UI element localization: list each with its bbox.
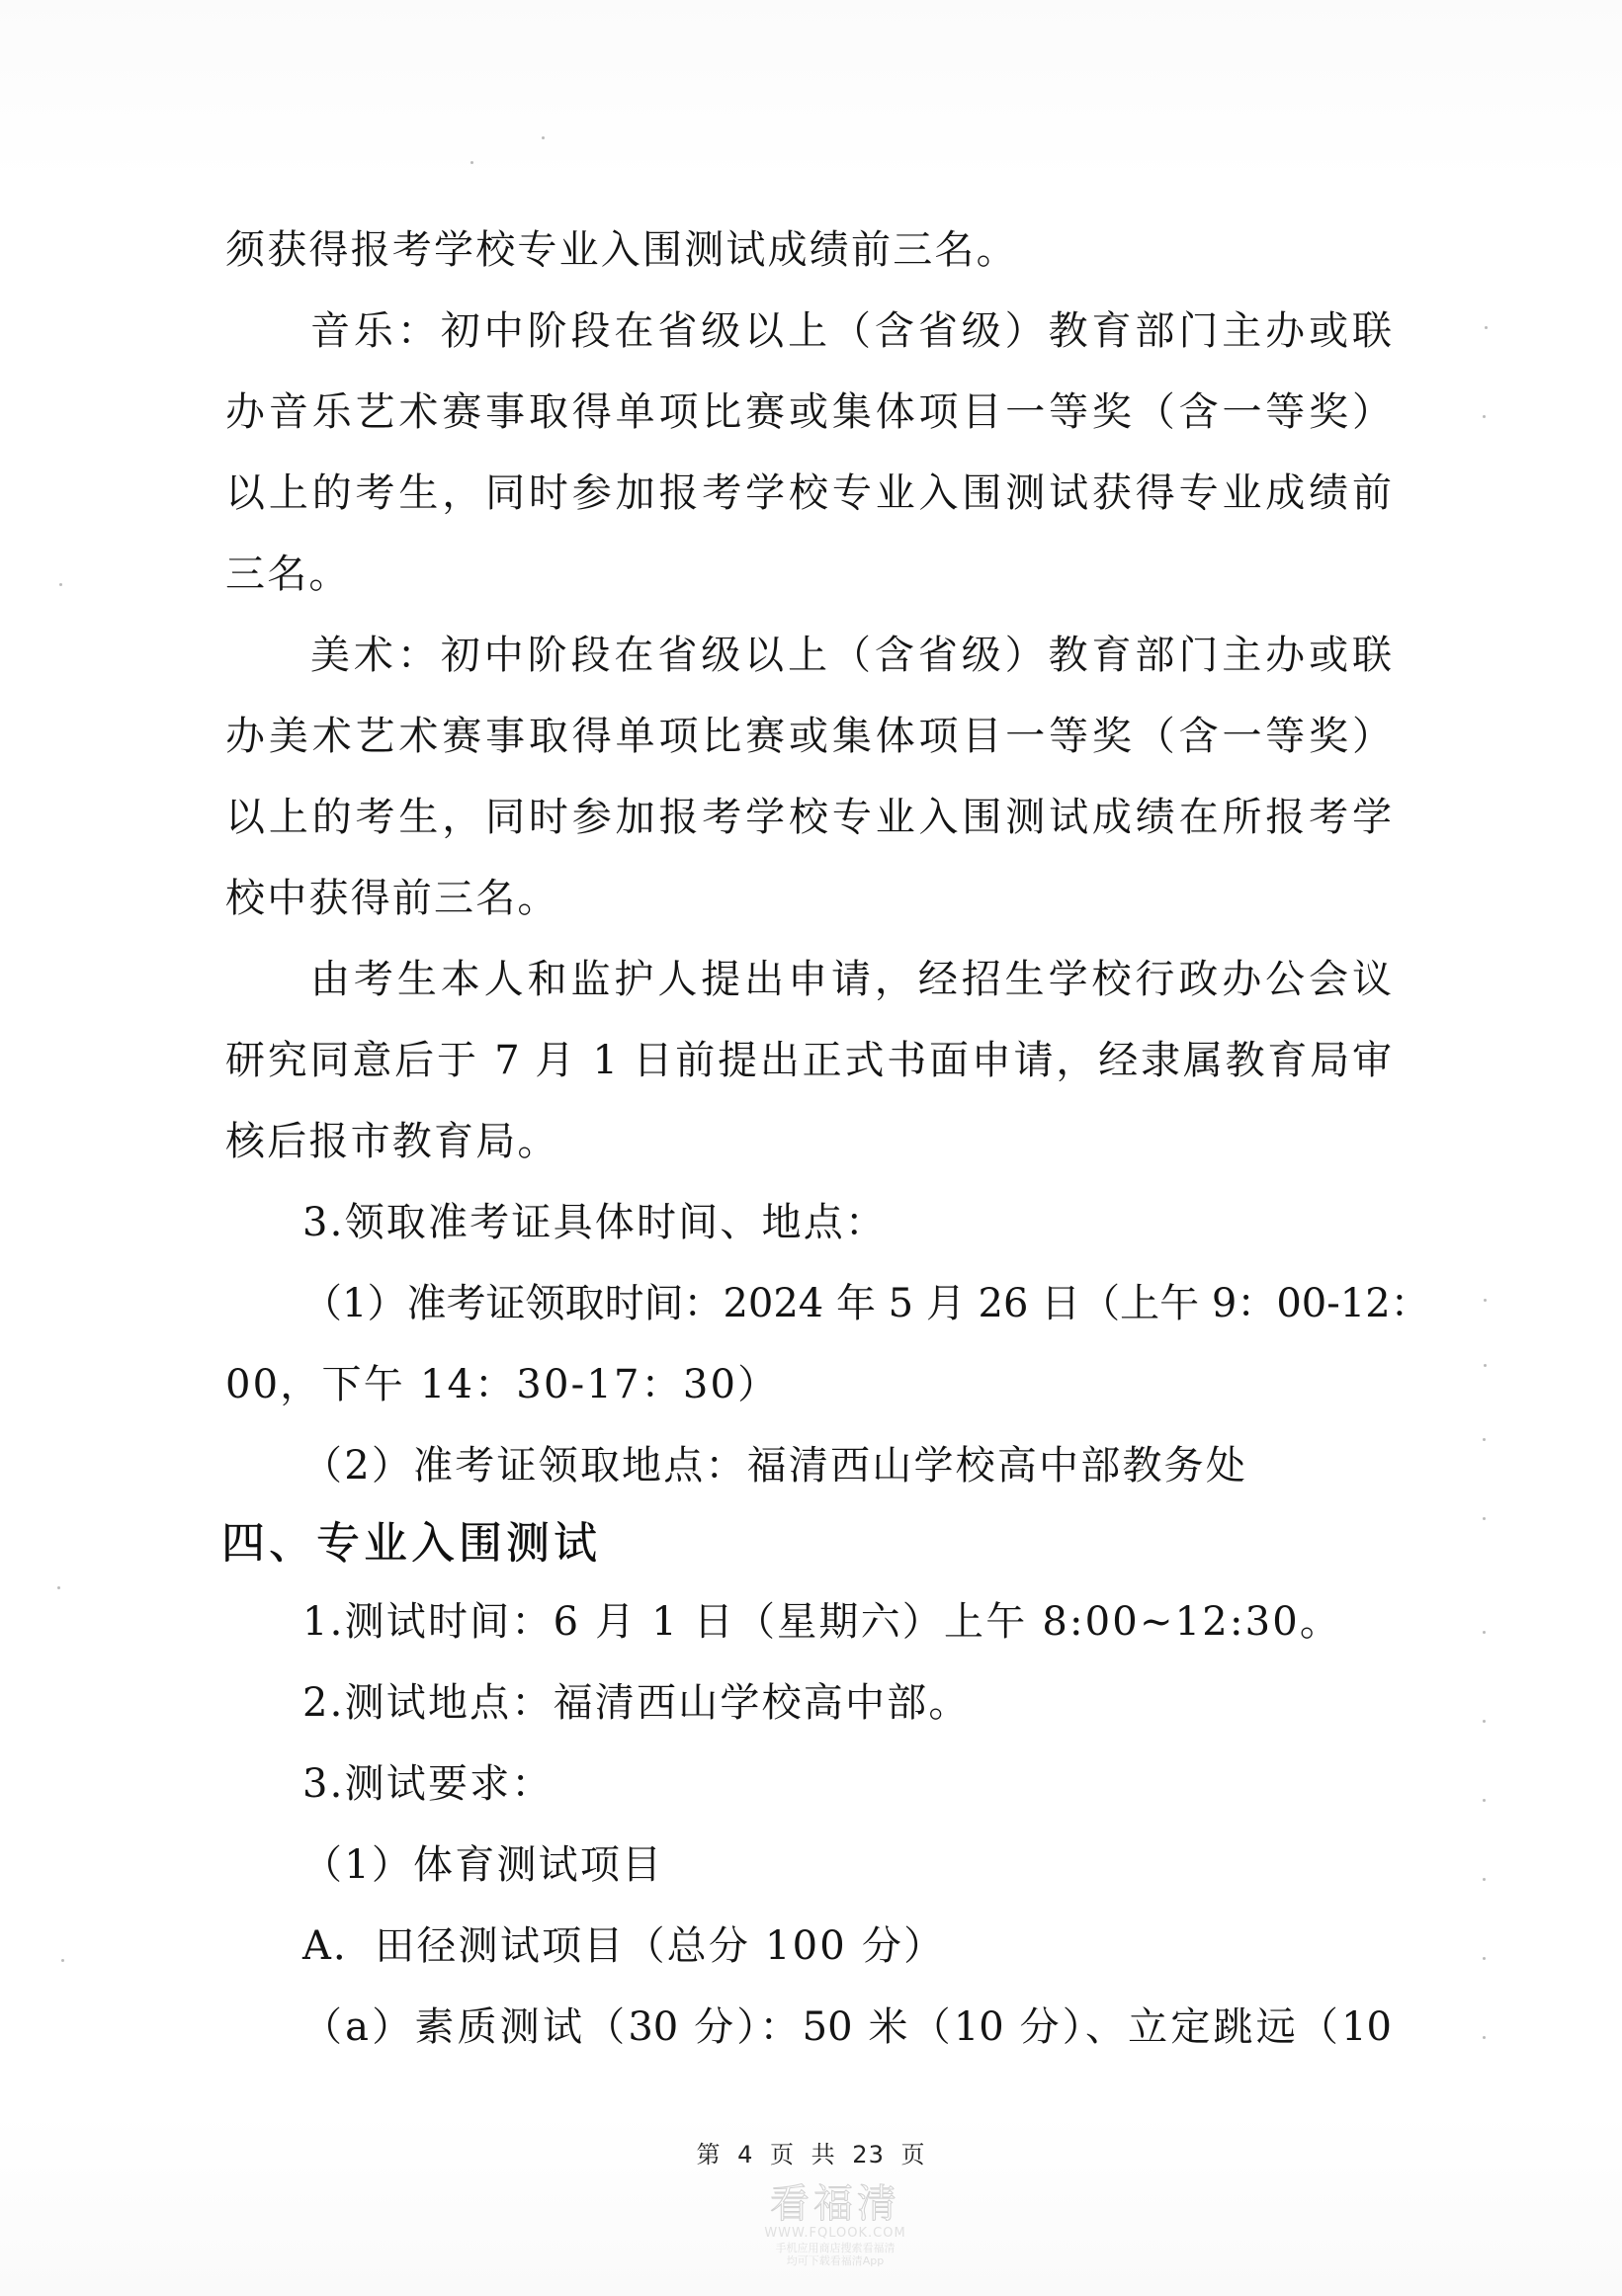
test-location: 2.测试地点：福清西山学校高中部。 (225, 1662, 1392, 1743)
test-requirements: 3.测试要求： (225, 1743, 1392, 1825)
paragraph-line-art: 美术：初中阶段在省级以上（含省级）教育部门主办或联 (225, 615, 1392, 696)
paragraph-line-application: 由考生本人和监护人提出申请，经招生学校行政办公会议 (225, 939, 1392, 1020)
paragraph-line: 校中获得前三名。 (225, 858, 1392, 939)
watermark-logo: 看福清 (731, 2182, 939, 2226)
scan-speck (1484, 1299, 1487, 1302)
paragraph-line: 研究同意后于 7 月 1 日前提出正式书面申请，经隶属教育局审 (225, 1020, 1392, 1101)
scan-speck (1485, 326, 1488, 329)
scan-speck (542, 136, 545, 139)
paragraph-line: 核后报市教育局。 (225, 1101, 1392, 1182)
fitness-test-line: （a）素质测试（30 分）：50 米（10 分）、立定跳远（10 (225, 1987, 1392, 2068)
watermark-tip: 手机应用商店搜索看福清 (731, 2242, 939, 2254)
scan-speck (1483, 1720, 1486, 1723)
pe-test-items: （1）体育测试项目 (225, 1825, 1392, 1906)
watermark-tip: 均可下载看福清App (731, 2254, 939, 2267)
watermark: 看福清 WWW.FQLOOK.COM 手机应用商店搜索看福清 均可下载看福清Ap… (731, 2182, 939, 2267)
admission-ticket-subheading: 3.领取准考证具体时间、地点： (225, 1182, 1392, 1263)
admission-ticket-time-cont: 00，下午 14：30-17：30） (225, 1344, 1392, 1425)
section-heading: 四、专业入围测试 (221, 1506, 1392, 1581)
scan-speck (1483, 1631, 1486, 1634)
track-field-items: A．田径测试项目（总分 100 分） (225, 1906, 1392, 1987)
scan-speck (470, 161, 473, 164)
scan-speck (1483, 1878, 1486, 1881)
scan-speck (1484, 1364, 1487, 1367)
scanned-document-page: 须获得报考学校专业入围测试成绩前三名。 音乐：初中阶段在省级以上（含省级）教育部… (0, 0, 1622, 2296)
paragraph-line: 须获得报考学校专业入围测试成绩前三名。 (225, 210, 1392, 291)
paragraph-line: 办音乐艺术赛事取得单项比赛或集体项目一等奖（含一等奖） (225, 372, 1392, 453)
scan-speck (1483, 415, 1486, 418)
scan-speck (1483, 1799, 1486, 1802)
scan-speck (1483, 1438, 1486, 1441)
admission-ticket-location: （2）准考证领取地点：福清西山学校高中部教务处 (225, 1425, 1392, 1506)
paragraph-line: 三名。 (225, 534, 1392, 615)
scan-speck (61, 1959, 64, 1962)
paragraph-line-music: 音乐：初中阶段在省级以上（含省级）教育部门主办或联 (225, 291, 1392, 372)
paragraph-line: 办美术艺术赛事取得单项比赛或集体项目一等奖（含一等奖） (225, 696, 1392, 777)
paragraph-line: 以上的考生，同时参加报考学校专业入围测试成绩在所报考学 (225, 777, 1392, 858)
scan-speck (1483, 1517, 1486, 1520)
admission-ticket-time: （1）准考证领取时间：2024 年 5 月 26 日（上午 9：00-12： (225, 1263, 1392, 1344)
scan-speck (1483, 2036, 1486, 2039)
watermark-url: WWW.FQLOOK.COM (731, 2226, 939, 2242)
test-time: 1.测试时间：6 月 1 日（星期六）上午 8:00~12:30。 (225, 1581, 1392, 1662)
scan-speck (59, 583, 62, 586)
paragraph-line: 以上的考生，同时参加报考学校专业入围测试获得专业成绩前 (225, 453, 1392, 534)
scan-speck (57, 1586, 60, 1589)
scan-speck (1483, 1957, 1486, 1960)
document-body: 须获得报考学校专业入围测试成绩前三名。 音乐：初中阶段在省级以上（含省级）教育部… (225, 210, 1392, 2068)
page-number: 第 4 页 共 23 页 (0, 2135, 1622, 2169)
